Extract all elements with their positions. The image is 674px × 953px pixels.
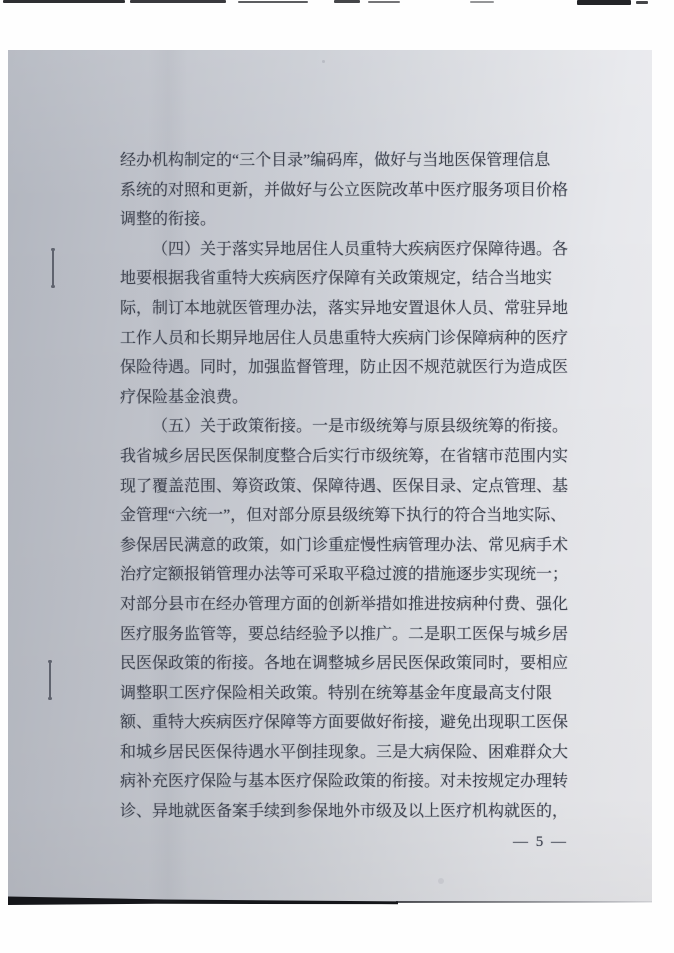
scan-dash <box>577 0 631 5</box>
text-line: 对部分县市在经办管理方面的创新举措如推进按病种付费、强化 <box>120 590 572 620</box>
text-line: 我省城乡居民医保制度整合后实行市级统筹，在省辖市范围内实 <box>120 442 572 472</box>
text-line: 病补充医疗保险与基本医疗保险政策的衔接。对未按规定办理转 <box>120 767 572 797</box>
scan-dash <box>636 1 648 4</box>
text-line: 现了覆盖范围、筹资政策、保障待遇、医保目录、定点管理、基 <box>120 472 572 502</box>
text-line: 民医保政策的衔接。各地在调整城乡居民医保政策同时，要相应 <box>120 649 572 679</box>
text-line: 治疗定额报销管理办法等可采取平稳过渡的措施逐步实现统一； <box>120 560 572 590</box>
scan-artifact-bottom-wedge <box>8 895 398 905</box>
text-line: 经办机构制定的“三个目录”编码库，做好与当地医保管理信息 <box>120 146 572 176</box>
margin-tick-mark <box>49 661 51 699</box>
scan-dash <box>470 1 494 3</box>
text-line: 调整职工医疗保险相关政策。特别在统筹基金年度最高支付限 <box>120 679 572 709</box>
scan-dash <box>238 1 308 3</box>
text-line: 际，制订本地就医管理办法，落实异地安置退休人员、常驻异地 <box>120 294 572 324</box>
text-line: 工作人员和长期异地居住人员患重特大疾病门诊保障病种的医疗 <box>120 324 572 354</box>
scan-dash <box>368 1 400 3</box>
text-line: 额、重特大疾病医疗保障等方面要做好衔接，避免出现职工医保 <box>120 708 572 738</box>
document-page: 经办机构制定的“三个目录”编码库，做好与当地医保管理信息系统的对照和更新，并做好… <box>8 50 652 902</box>
text-line: 诊、异地就医备案手续到参保地外市级及以上医疗机构就医的， <box>120 797 572 827</box>
text-line: 医疗服务监管等，要总结经验予以推广。二是职工医保与城乡居 <box>120 620 572 650</box>
text-line: 和城乡居民医保待遇水平倒挂现象。三是大病保险、困难群众大 <box>120 738 572 768</box>
page-footer: — 5 — <box>120 828 572 858</box>
scan-artifact-top-edge <box>0 0 674 6</box>
scan-speck <box>438 878 444 884</box>
text-line: 地要根据我省重特大疾病医疗保障有关政策规定，结合当地实 <box>120 264 572 294</box>
scan-dash <box>3 0 125 3</box>
text-line: 调整的衔接。 <box>120 205 572 235</box>
scan-speck <box>322 60 325 63</box>
scan-dash <box>334 0 360 3</box>
scan-artifact-bottom-line <box>396 901 652 903</box>
text-line: 金管理“六统一”，但对部分原县级统筹下执行的符合当地实际、 <box>120 501 572 531</box>
text-line: （四）关于落实异地居住人员重特大疾病医疗保障待遇。各 <box>120 235 572 265</box>
margin-tick-mark <box>52 249 54 287</box>
scanned-document-canvas: 经办机构制定的“三个目录”编码库，做好与当地医保管理信息系统的对照和更新，并做好… <box>0 0 674 953</box>
text-line: 保险待遇。同时，加强监督管理，防止因不规范就医行为造成医 <box>120 353 572 383</box>
scan-dash <box>130 0 226 3</box>
body-text: 经办机构制定的“三个目录”编码库，做好与当地医保管理信息系统的对照和更新，并做好… <box>120 146 572 827</box>
text-line: 系统的对照和更新，并做好与公立医院改革中医疗服务项目价格 <box>120 176 572 206</box>
text-line: （五）关于政策衔接。一是市级统筹与原县级统筹的衔接。 <box>120 412 572 442</box>
text-line: 疗保险基金浪费。 <box>120 383 572 413</box>
page-number: — 5 — <box>120 828 572 858</box>
text-line: 参保居民满意的政策，如门诊重症慢性病管理办法、常见病手术 <box>120 531 572 561</box>
